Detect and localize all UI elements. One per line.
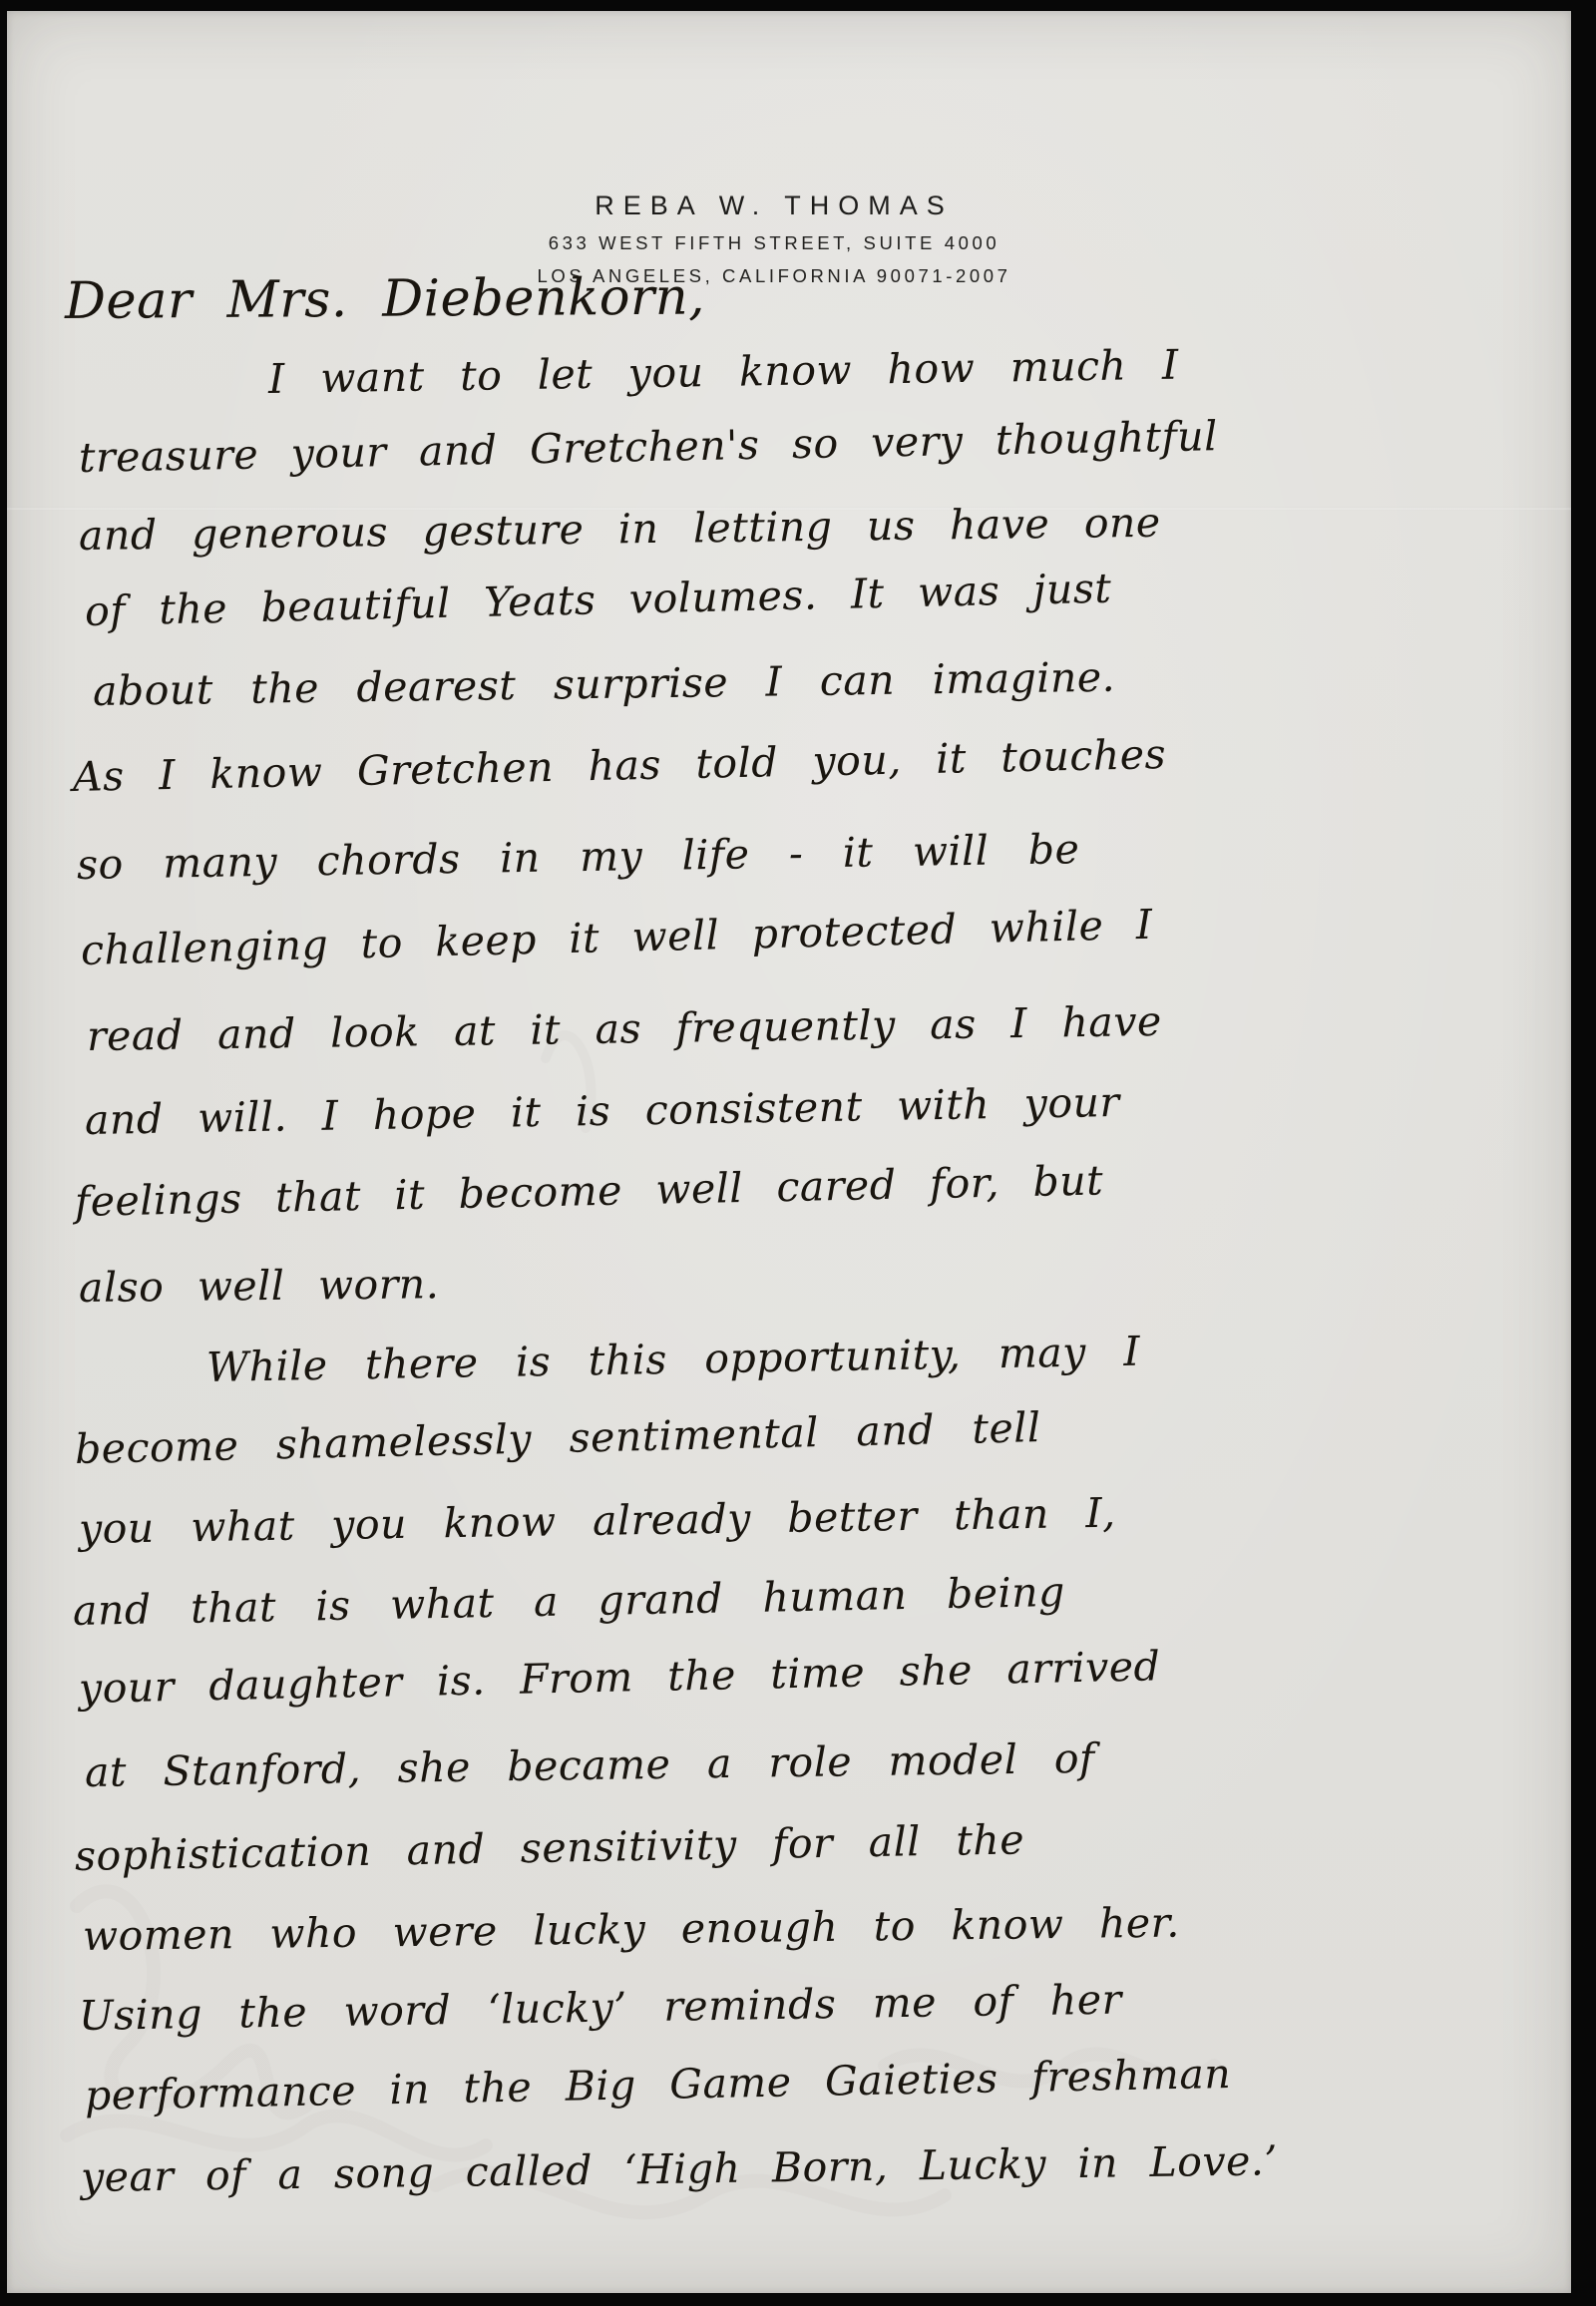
letterhead-name: REBA W. THOMAS <box>595 191 954 221</box>
handwritten-line: year of a song called ‘High Born, Lucky … <box>81 2136 1279 2201</box>
handwritten-line: you what you know already better than I, <box>79 1489 1116 1553</box>
handwritten-line: I want to let you know how much I <box>268 341 1179 403</box>
salutation-line: Dear Mrs. Diebenkorn, <box>65 268 705 331</box>
handwritten-line: and generous gesture in letting us have … <box>79 499 1161 560</box>
handwritten-line: at Stanford, she became a role model of <box>85 1734 1095 1796</box>
handwritten-line: As I know Gretchen has told you, it touc… <box>72 730 1166 801</box>
handwritten-line: sophistication and sensitivity for all t… <box>75 1815 1025 1880</box>
handwritten-line: read and look at it as frequently as I h… <box>87 997 1162 1060</box>
handwritten-line: about the dearest surprise I can imagine… <box>93 653 1116 715</box>
handwritten-line: women who were lucky enough to know her. <box>83 1899 1180 1960</box>
letter-paper: REBA W. THOMAS 633 WEST FIFTH STREET, SU… <box>7 11 1571 2293</box>
handwritten-line: treasure your and Gretchen's so very tho… <box>79 412 1219 482</box>
handwritten-line: also well worn. <box>79 1260 440 1312</box>
handwritten-line: challenging to keep it well protected wh… <box>80 901 1153 974</box>
letterhead-address-line1: 633 WEST FIFTH STREET, SUITE 4000 <box>549 232 1000 254</box>
handwritten-line: and that is what a grand human being <box>73 1568 1066 1635</box>
handwritten-line: performance in the Big Game Gaieties fre… <box>85 2050 1232 2119</box>
handwritten-line: and will. I hope it is consistent with y… <box>85 1078 1120 1144</box>
handwritten-line: become shamelessly sentimental and tell <box>74 1403 1040 1473</box>
handwritten-line: feelings that it become well cared for, … <box>74 1156 1103 1226</box>
handwritten-line: your daughter is. From the time she arri… <box>78 1642 1160 1713</box>
handwritten-line: Using the word ‘lucky’ reminds me of her <box>79 1976 1122 2040</box>
handwritten-line: so many chords in my life - it will be <box>77 825 1080 889</box>
handwritten-line: of the beautiful Yeats volumes. It was j… <box>84 565 1111 635</box>
handwritten-line: While there is this opportunity, may I <box>206 1328 1141 1391</box>
scanned-letter: REBA W. THOMAS 633 WEST FIFTH STREET, SU… <box>0 0 1596 2306</box>
